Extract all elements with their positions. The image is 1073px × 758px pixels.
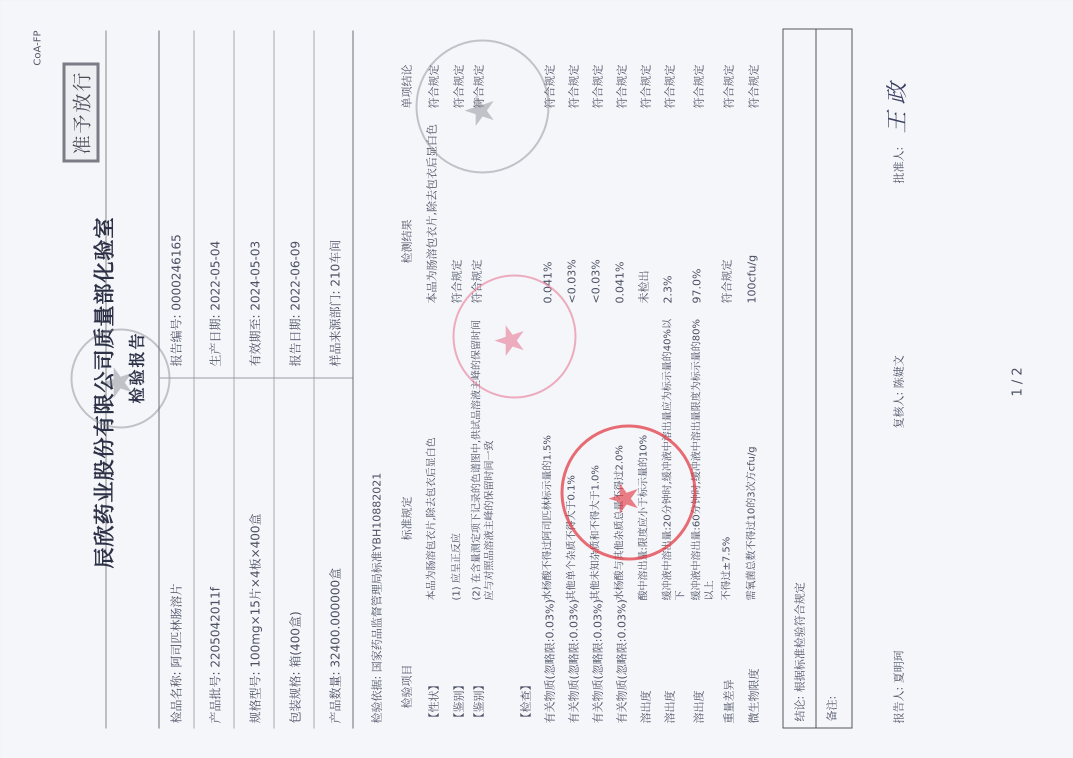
grey-seal-star-icon: ★ [460, 92, 500, 128]
pink-seal-star-icon: ★ [490, 322, 530, 358]
approver-signature: 王 政 [880, 82, 911, 133]
cell-result: 0.041% [613, 118, 626, 303]
cell-standard: 不得过±7.5% [720, 315, 733, 600]
cell-standard: 需氧菌总数不得过10的3次方cfu/g [745, 315, 758, 600]
conclusion-box: 结论: 根据标准检验符合规定 备注: [782, 28, 852, 728]
cell-standard: 本品为肠溶包衣片,除去包衣后显白色 [425, 315, 438, 600]
conclusion-label: 结论: [793, 695, 806, 721]
cell-item: 有关物质(忽略限:0.03%) [565, 599, 581, 723]
cell-conclusion: 符合规定 [661, 64, 677, 108]
cell-item: 重量差异 [720, 679, 736, 723]
cell-item: 【检查】 [517, 679, 533, 723]
cell-result: 符合规定 [720, 118, 733, 303]
cell-item: 【性状】 [425, 679, 441, 723]
cell-result: <0.03% [589, 118, 602, 303]
table-header-3: 单项结论 [398, 64, 414, 108]
reviewer-label: 复核人: [892, 391, 905, 428]
table-header-1: 标准规定 [398, 496, 414, 540]
cell-item: 【鉴别】 [470, 679, 486, 723]
cell-item: 有关物质(忽略限:0.03%) [613, 599, 629, 723]
conclusion: 根据标准检验符合规定 [793, 582, 806, 692]
cell-result: 100cfu/g [745, 118, 758, 303]
cell-conclusion: 符合规定 [613, 64, 629, 108]
cell-conclusion: 符合规定 [565, 64, 581, 108]
cell-conclusion: 符合规定 [690, 64, 706, 108]
reviewer: 陈婕文 [892, 355, 905, 388]
coa-document-page: CoA-FP 准予放行 辰欣药业股份有限公司质量部化验室 检验报告 ★ 检品名称… [0, 0, 1073, 758]
remark-label: 备注: [825, 695, 838, 721]
cell-item: 溶出度 [690, 690, 706, 723]
cell-item: 溶出度 [661, 690, 677, 723]
cell-standard: 缓冲液中溶出量:60分钟时,缓冲液中溶出量限度为标示量的80%以上 [690, 315, 716, 600]
cell-item: 有关物质(忽略限:0.03%) [541, 599, 557, 723]
approver-label: 批准人: [892, 146, 905, 183]
page-indicator: 1 / 2 [1010, 367, 1025, 396]
cell-result: 2.3% [661, 118, 674, 303]
cell-conclusion: 符合规定 [589, 64, 605, 108]
table-header-2: 检测结果 [398, 219, 414, 263]
reporter-label: 报告人: [892, 686, 905, 723]
cell-item: 有关物质(忽略限:0.03%) [589, 599, 605, 723]
cell-conclusion: 符合规定 [745, 64, 761, 108]
table-header-0: 检验项目 [398, 664, 414, 708]
cell-item: 【鉴别】 [450, 679, 466, 723]
cell-conclusion: 符合规定 [637, 64, 653, 108]
cell-result: 0.041% [541, 118, 554, 303]
cell-item: 溶出度 [637, 690, 653, 723]
cell-conclusion: 符合规定 [720, 64, 736, 108]
cell-item: 微生物限度 [745, 668, 761, 723]
red-seal-star-icon: ★ [604, 480, 644, 516]
cell-result: <0.03% [565, 118, 578, 303]
reporter: 夏明珂 [892, 650, 905, 683]
cell-result: 97.0% [690, 118, 703, 303]
cell-result: 未检出 [637, 118, 650, 303]
